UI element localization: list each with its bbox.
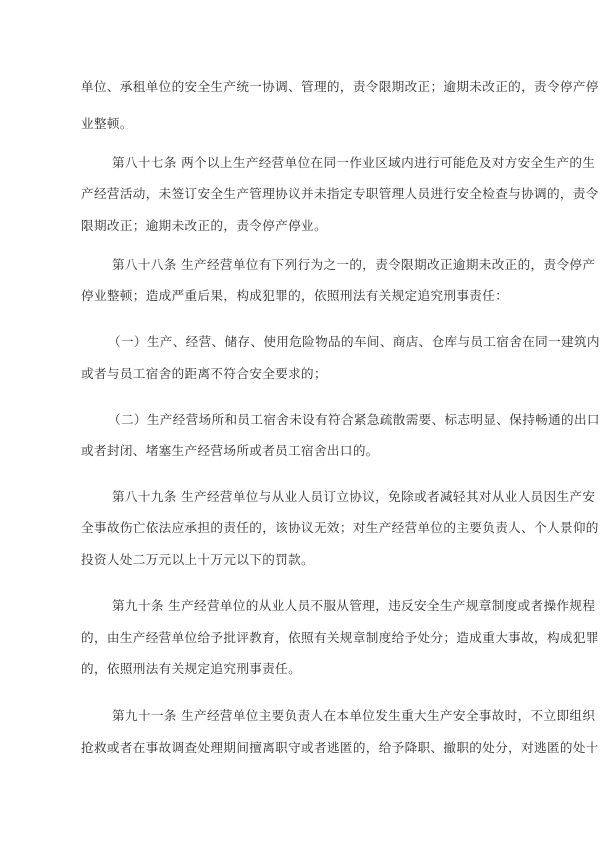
paragraph-line: 的，依照刑法有关规定追究刑事责任。 <box>81 661 521 677</box>
article-88-heading-line: 第八十八条 生产经营单位有下列行为之一的，责令限期改正逾期未改正的，责令停产 <box>112 257 552 273</box>
paragraph-line: 或者与员工宿舍的距离不符合安全要求的； <box>81 366 521 382</box>
article-90-heading-line: 第九十条 生产经营单位的从业人员不服从管理，违反安全生产规章制度或者操作规程 <box>112 598 552 614</box>
paragraph-line: 全事故伤亡依法应承担的责任的，该协议无效；对生产经营单位的主要负责人、个人景仰的 <box>81 520 521 536</box>
list-item-1-line: （一）生产、经营、储存、使用危险物品的车间、商店、仓库与员工宿舍在同一建筑内， <box>108 334 548 350</box>
article-87-heading-line: 第八十七条 两个以上生产经营单位在同一作业区域内进行可能危及对方安全生产的生 <box>112 155 552 171</box>
list-item-2-line: （二）生产经营场所和员工宿舍未设有符合紧急疏散需要、标志明显、保持畅通的出口， <box>108 412 548 428</box>
article-89-heading-line: 第八十九条 生产经营单位与从业人员订立协议，免除或者减轻其对从业人员因生产安 <box>112 489 552 505</box>
paragraph-line: 抢救或者在事故调查处理期间擅离职守或者逃匿的，给予降职、撤职的处分，对逃匿的处十 <box>81 740 521 756</box>
paragraph-line: 投资人处二万元以上十万元以下的罚款。 <box>81 552 521 568</box>
paragraph-line: 产经营活动，未签订安全生产管理协议并未指定专职管理人员进行安全检查与协调的，责令 <box>81 186 521 202</box>
article-91-heading-line: 第九十一条 生产经营单位主要负责人在本单位发生重大生产安全事故时，不立即组织 <box>112 708 552 724</box>
paragraph-line: 单位、承租单位的安全生产统一协调、管理的，责令限期改正；逾期未改正的，责令停产停 <box>81 79 521 95</box>
paragraph-line: 的，由生产经营单位给予批评教育，依照有关规章制度给予处分；造成重大事故，构成犯罪 <box>81 630 521 646</box>
paragraph-line: 停业整顿；造成严重后果，构成犯罪的，依照刑法有关规定追究刑事责任： <box>81 288 521 304</box>
document-page: 单位、承租单位的安全生产统一协调、管理的，责令限期改正；逾期未改正的，责令停产停… <box>0 0 600 848</box>
paragraph-line: 限期改正；逾期未改正的，责令停产停业。 <box>81 218 521 234</box>
paragraph-line: 或者封闭、堵塞生产经营场所或者员工宿舍出口的。 <box>81 443 521 459</box>
paragraph-line: 业整顿。 <box>81 116 521 132</box>
